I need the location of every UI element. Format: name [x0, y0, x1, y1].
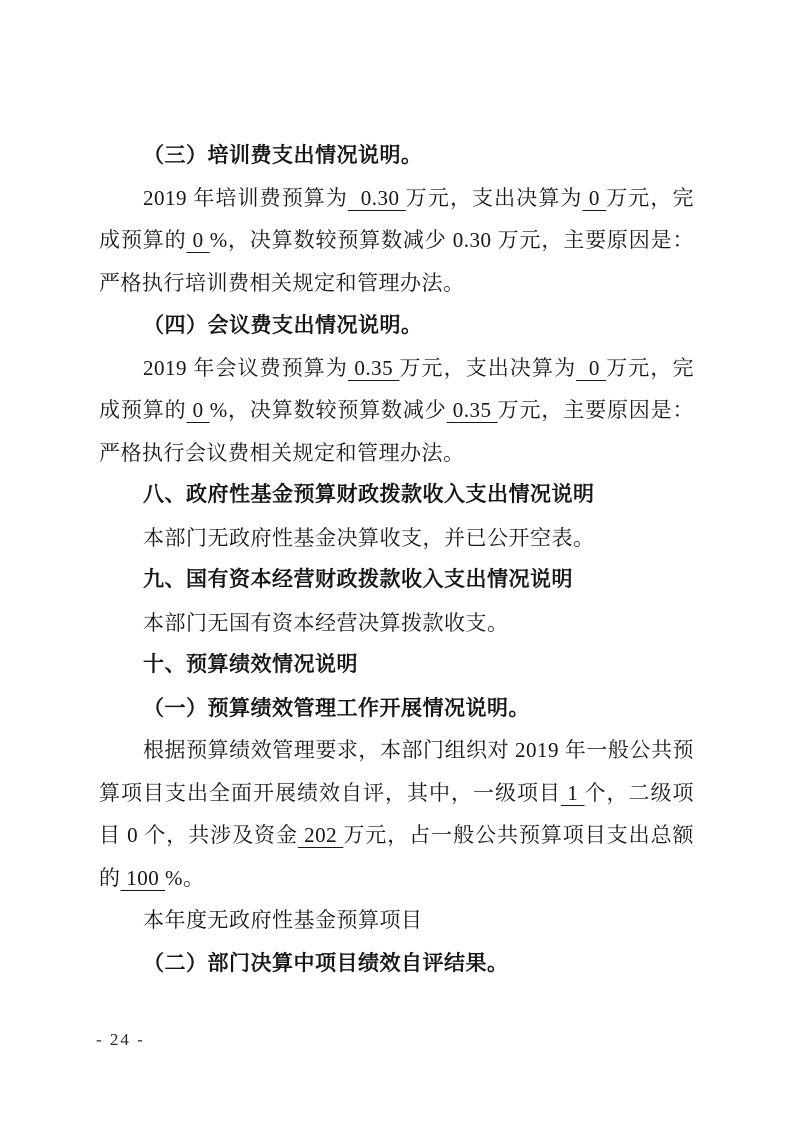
heading-section-9-state-capital: 九、国有资本经营财政拨款收入支出情况说明 — [99, 559, 694, 602]
underlined-value: 0 — [576, 356, 606, 380]
para-performance-line-3: 目 0 个，共涉及资金 202 万元，占一般公共预算项目支出总额 — [99, 814, 694, 857]
document-body: （三）培训费支出情况说明。2019 年培训费预算为 0.30 万元，支出决算为 … — [99, 134, 694, 984]
text-segment: 本年度无政府性基金预算项目 — [143, 908, 423, 932]
text-segment: 2019 年培训费预算为 — [143, 186, 348, 210]
text-segment: %，决算数较预算数减少 0.30 万元，主要原因是： — [210, 228, 694, 252]
para-performance-line-1: 根据预算绩效管理要求，本部门组织对 2019 年一般公共预 — [99, 729, 694, 772]
text-segment: 根据预算绩效管理要求，本部门组织对 2019 年一般公共预 — [143, 738, 694, 762]
text-segment: 本部门无国有资本经营决算拨款收支。 — [143, 611, 509, 635]
text-segment: 2019 年会议费预算为 — [143, 356, 348, 380]
underlined-value: 0 — [583, 186, 607, 210]
text-segment: 十、预算绩效情况说明 — [143, 653, 358, 676]
text-segment: 严格执行培训费相关规定和管理办法。 — [99, 271, 465, 295]
text-segment: 万元，主要原因是： — [498, 398, 694, 422]
para-performance-line-2: 算项目支出全面开展绩效自评，其中，一级项目 1 个，二级项 — [99, 772, 694, 815]
text-segment: 严格执行会议费相关规定和管理办法。 — [99, 441, 465, 465]
underlined-value: 1 — [561, 781, 585, 805]
text-segment: 个，二级项 — [585, 781, 695, 805]
para-training-fee-line-2: 成预算的 0 %，决算数较预算数减少 0.30 万元，主要原因是： — [99, 219, 694, 262]
text-segment: 本部门无政府性基金决算收支，并已公开空表。 — [143, 526, 595, 550]
text-segment: 万元，支出决算为 — [399, 356, 576, 380]
heading-section-8-gov-fund: 八、政府性基金预算财政拨款收入支出情况说明 — [99, 474, 694, 517]
text-segment: （二）部门决算中项目绩效自评结果。 — [143, 951, 509, 975]
para-meeting-fee-line-1: 2019 年会议费预算为 0.35 万元，支出决算为 0 万元，完 — [99, 347, 694, 390]
heading-performance-sub-2: （二）部门决算中项目绩效自评结果。 — [99, 942, 694, 985]
text-segment: 万元，占一般公共预算项目支出总额 — [343, 823, 694, 847]
text-segment: 目 0 个，共涉及资金 — [99, 823, 298, 847]
para-performance-line-4: 的 100 %。 — [99, 857, 694, 900]
heading-section-10-performance: 十、预算绩效情况说明 — [99, 644, 694, 687]
text-segment: 的 — [99, 866, 121, 890]
underlined-value: 0.30 — [348, 186, 406, 210]
text-segment: 万元，完 — [606, 186, 694, 210]
text-segment: 万元，完 — [606, 356, 694, 380]
text-segment: （四）会议费支出情况说明。 — [143, 313, 423, 337]
text-segment: 算项目支出全面开展绩效自评，其中，一级项目 — [99, 781, 561, 805]
text-segment: （三）培训费支出情况说明。 — [143, 143, 423, 167]
text-segment: %。 — [165, 866, 205, 890]
page-number: - 24 - — [96, 1028, 145, 1052]
document-page: （三）培训费支出情况说明。2019 年培训费预算为 0.30 万元，支出决算为 … — [0, 0, 793, 1122]
para-state-capital: 本部门无国有资本经营决算拨款收支。 — [99, 602, 694, 645]
text-segment: 九、国有资本经营财政拨款收入支出情况说明 — [143, 568, 573, 591]
para-training-fee-line-1: 2019 年培训费预算为 0.30 万元，支出决算为 0 万元，完 — [99, 177, 694, 220]
text-segment: 万元，支出决算为 — [406, 186, 583, 210]
underlined-value: 0.35 — [447, 398, 498, 422]
underlined-value: 0 — [186, 228, 209, 252]
underlined-value: 100 — [121, 866, 166, 890]
underlined-value: 202 — [298, 823, 343, 847]
text-segment: 成预算的 — [99, 398, 186, 422]
heading-section-3-training-fee: （三）培训费支出情况说明。 — [99, 134, 694, 177]
underlined-value: 0.35 — [348, 356, 399, 380]
para-no-gov-fund-project: 本年度无政府性基金预算项目 — [99, 899, 694, 942]
text-segment: 八、政府性基金预算财政拨款收入支出情况说明 — [143, 483, 595, 506]
heading-performance-sub-1: （一）预算绩效管理工作开展情况说明。 — [99, 687, 694, 730]
text-segment: 成预算的 — [99, 228, 186, 252]
underlined-value: 0 — [186, 398, 209, 422]
para-meeting-fee-line-3: 严格执行会议费相关规定和管理办法。 — [99, 432, 694, 475]
text-segment: %，决算数较预算数减少 — [210, 398, 447, 422]
para-gov-fund: 本部门无政府性基金决算收支，并已公开空表。 — [99, 517, 694, 560]
heading-section-4-meeting-fee: （四）会议费支出情况说明。 — [99, 304, 694, 347]
para-meeting-fee-line-2: 成预算的 0 %，决算数较预算数减少 0.35 万元，主要原因是： — [99, 389, 694, 432]
text-segment: （一）预算绩效管理工作开展情况说明。 — [143, 696, 530, 720]
para-training-fee-line-3: 严格执行培训费相关规定和管理办法。 — [99, 262, 694, 305]
